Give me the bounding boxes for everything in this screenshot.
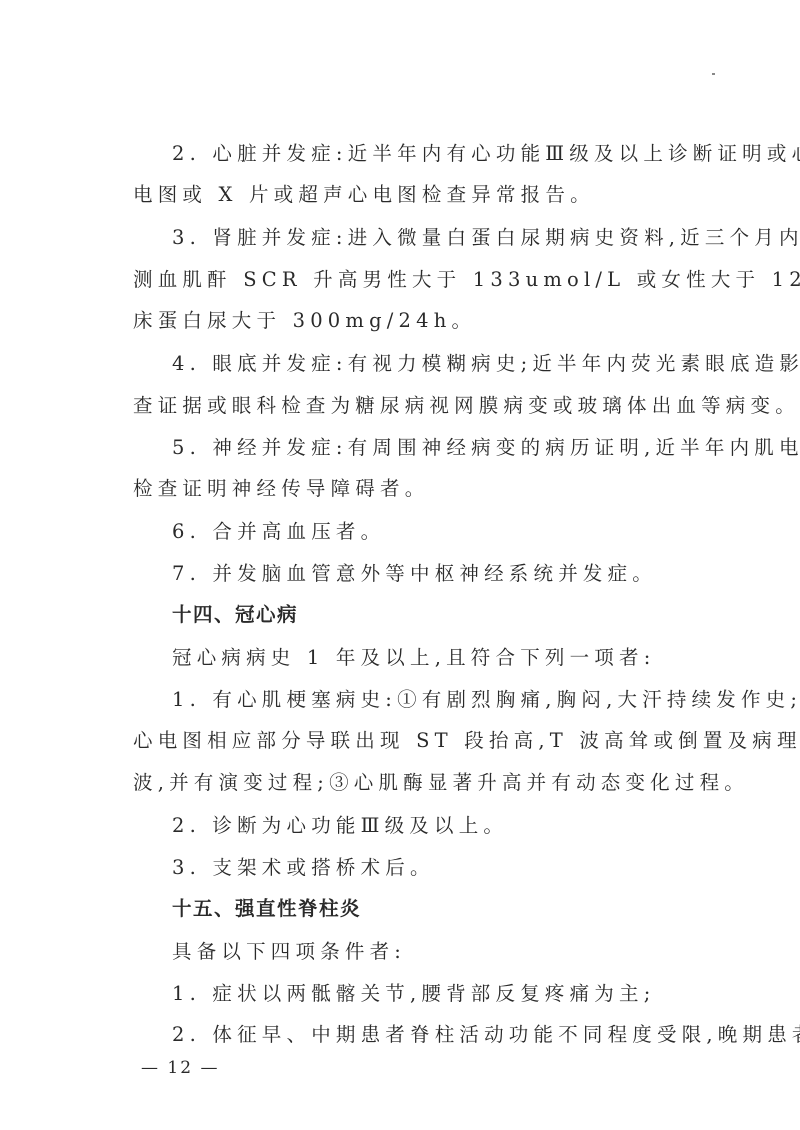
text-line: 具备以下四项条件者:	[172, 940, 406, 964]
text-line: 1. 症状以两骶髂关节,腰背部反复疼痛为主;	[172, 982, 655, 1006]
text-line: 2. 心脏并发症:近半年内有心功能Ⅲ级及以上诊断证明或心	[172, 142, 800, 166]
page-number: — 12 —	[141, 1058, 219, 1078]
text-line: 4. 眼底并发症:有视力模糊病史;近半年内荧光素眼底造影检	[172, 352, 800, 376]
text-line: 1. 有心肌梗塞病史:①有剧烈胸痛,胸闷,大汗持续发作史;②	[172, 688, 800, 712]
text-line: 床蛋白尿大于 300mg/24h。	[133, 309, 476, 333]
document-page: 2. 心脏并发症:近半年内有心功能Ⅲ级及以上诊断证明或心 电图或 X 片或超声心…	[0, 0, 800, 1130]
section-heading: 十四、冠心病	[172, 603, 298, 627]
text-line: 5. 神经并发症:有周围神经病变的病历证明,近半年内肌电图	[172, 436, 800, 460]
text-line: 心电图相应部分导联出现 ST 段抬高,T 波高耸或倒置及病理性 Q	[133, 729, 800, 753]
section-heading: 十五、强直性脊柱炎	[172, 897, 361, 921]
text-line: 7. 并发脑血管意外等中枢神经系统并发症。	[172, 562, 657, 586]
text-line: 2. 诊断为心功能Ⅲ级及以上。	[172, 814, 508, 838]
text-line: 查证据或眼科检查为糖尿病视网膜病变或玻璃体出血等病变。	[133, 394, 800, 418]
text-line: 6. 合并高血压者。	[172, 520, 385, 544]
text-line: 2. 体征早、中期患者脊柱活动功能不同程度受限,晚期患者脊	[172, 1023, 800, 1047]
text-line: 3. 支架术或搭桥术后。	[172, 856, 435, 880]
text-line: 检查证明神经传导障碍者。	[133, 477, 429, 501]
text-line: 电图或 X 片或超声心电图检查异常报告。	[133, 183, 595, 207]
scan-speck	[712, 73, 715, 75]
text-line: 波,并有演变过程;③心肌酶显著升高并有动态变化过程。	[133, 771, 749, 795]
text-line: 3. 肾脏并发症:进入微量白蛋白尿期病史资料,近三个月内检	[172, 226, 800, 250]
text-line: 测血肌酐 SCR 升高男性大于 133umol/L 或女性大于 124umol/…	[133, 268, 800, 292]
text-line: 冠心病病史 1 年及以上,且符合下列一项者:	[172, 646, 655, 670]
